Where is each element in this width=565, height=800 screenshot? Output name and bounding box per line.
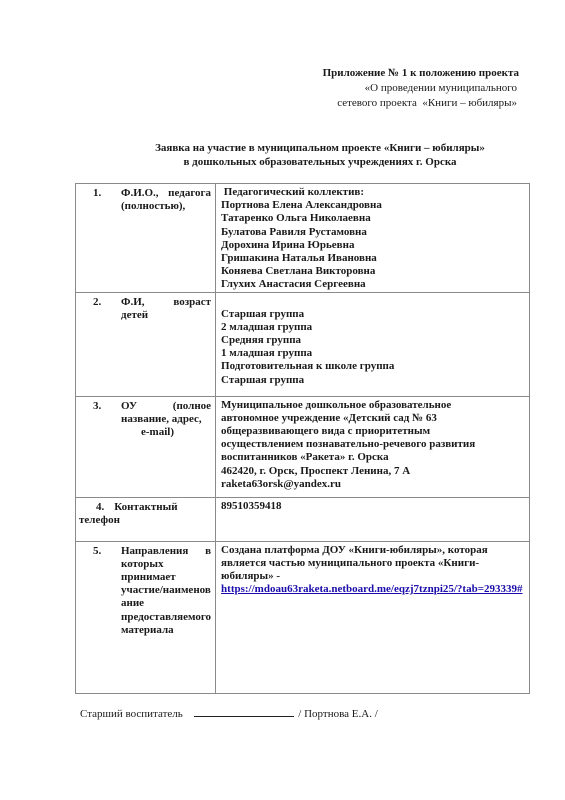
- staff-header: Педагогический коллектив:: [221, 186, 529, 199]
- row-number: 2.: [93, 296, 101, 309]
- row-label-line: ОУ (полное: [121, 400, 211, 413]
- signature-block: Старший воспитатель / Портнова Е.А. /: [80, 706, 378, 720]
- application-form-table: 1. Ф.И.О., педагога (полностью), Педагог…: [75, 183, 530, 694]
- title-line-2: в дошкольных образовательных учреждениях…: [120, 155, 520, 169]
- row-label-line: предоставляемого: [121, 611, 211, 624]
- staff-name: Татаренко Ольга Николаевна: [221, 212, 529, 225]
- row-label-line: Направления в: [121, 545, 211, 558]
- row-label-line: участие/наименов: [121, 584, 211, 597]
- platform-link[interactable]: https://mdoau63raketa.netboard.me/eqzj7t…: [221, 583, 522, 595]
- row-value-cell: 89510359418: [216, 497, 530, 541]
- row-label-cell: 4.Контактный телефон: [76, 497, 216, 541]
- staff-name: Портнова Елена Александровна: [221, 199, 529, 212]
- group-name: Подготовительная к школе группа: [221, 360, 529, 373]
- staff-name: Гришакина Наталья Ивановна: [221, 252, 529, 265]
- org-name-line: общеразвивающего вида с приоритетным: [221, 425, 529, 438]
- title-line-1: Заявка на участие в муниципальном проект…: [120, 141, 520, 155]
- signature-role: Старший воспитатель: [80, 708, 183, 720]
- row-label-line: (полностью),: [121, 200, 211, 213]
- org-name-line: Муниципальное дошкольное образовательное: [221, 399, 529, 412]
- group-name: 1 младшая группа: [221, 347, 529, 360]
- appendix-line-1: Приложение № 1 к положению проекта: [323, 66, 519, 81]
- row-value-cell: Создана платформа ДОУ «Книги-юбиляры», к…: [216, 541, 530, 693]
- row-label-line: материала: [121, 624, 211, 637]
- table-row: 2. Ф.И, возраст детей Старшая группа 2 м…: [76, 292, 530, 396]
- group-name: Старшая группа: [221, 374, 529, 387]
- staff-name: Коняева Светлана Викторовна: [221, 265, 529, 278]
- row-label-cell: 5. Направления в которых принимает участ…: [76, 541, 216, 693]
- document-title: Заявка на участие в муниципальном проект…: [120, 141, 520, 169]
- group-name: Средняя группа: [221, 334, 529, 347]
- row-label-line: принимает: [121, 571, 211, 584]
- table-row: 1. Ф.И.О., педагога (полностью), Педагог…: [76, 184, 530, 293]
- org-name-line: осуществлением познавательно-речевого ра…: [221, 438, 529, 451]
- row-label-line: название, адрес,: [121, 413, 211, 426]
- org-email: raketa63orsk@yandex.ru: [221, 478, 529, 491]
- org-name-line: воспитанников «Ракета» г. Орска: [221, 451, 529, 464]
- row-label-line: детей: [121, 309, 211, 322]
- row-label-cell: 1. Ф.И.О., педагога (полностью),: [76, 184, 216, 293]
- row-label-cell: 2. Ф.И, возраст детей: [76, 292, 216, 396]
- staff-name: Глухих Анастасия Сергеевна: [221, 278, 529, 291]
- group-name: 2 младшая группа: [221, 321, 529, 334]
- row-value-cell: Педагогический коллектив: Портнова Елена…: [216, 184, 530, 293]
- row-number: 1.: [93, 187, 101, 200]
- staff-name: Дорохина Ирина Юрьевна: [221, 239, 529, 252]
- row-label-line: ание: [121, 597, 211, 610]
- row-label-line: Ф.И.О., педагога: [121, 187, 211, 200]
- row-label-line: которых: [121, 558, 211, 571]
- row-number: 3.: [93, 400, 101, 413]
- group-name: Старшая группа: [221, 308, 529, 321]
- row-label-line: Ф.И, возраст: [121, 296, 211, 309]
- row-number: 4.: [96, 501, 104, 513]
- appendix-line-3: сетевого проекта «Книги – юбиляры»: [323, 96, 517, 111]
- staff-name: Булатова Равиля Рустамовна: [221, 226, 529, 239]
- appendix-header: Приложение № 1 к положению проекта «О пр…: [323, 66, 525, 111]
- row-label-line: Контактный: [114, 501, 177, 513]
- signature-name: / Портнова Е.А. /: [298, 708, 377, 720]
- appendix-line-2: «О проведении муниципального: [323, 81, 517, 96]
- platform-description: Создана платформа ДОУ «Книги-юбиляры», к…: [221, 544, 526, 557]
- row-label-line: e-mail): [121, 426, 211, 439]
- phone-number: 89510359418: [221, 500, 529, 513]
- org-address: 462420, г. Орск, Проспект Ленина, 7 А: [221, 465, 529, 478]
- row-value-cell: Старшая группа 2 младшая группа Средняя …: [216, 292, 530, 396]
- signature-line: [194, 706, 294, 717]
- table-row: 3. ОУ (полное название, адрес, e-mail) М…: [76, 396, 530, 497]
- row-value-cell: Муниципальное дошкольное образовательное…: [216, 396, 530, 497]
- row-label-cell: 3. ОУ (полное название, адрес, e-mail): [76, 396, 216, 497]
- row-label-line: телефон: [79, 514, 211, 527]
- platform-description: юбиляры» -: [221, 570, 526, 583]
- row-number: 5.: [93, 545, 101, 558]
- platform-description: является частью муниципального проекта «…: [221, 557, 526, 570]
- table-row: 4.Контактный телефон 89510359418: [76, 497, 530, 541]
- table-row: 5. Направления в которых принимает участ…: [76, 541, 530, 693]
- org-name-line: автономное учреждение «Детский сад № 63: [221, 412, 529, 425]
